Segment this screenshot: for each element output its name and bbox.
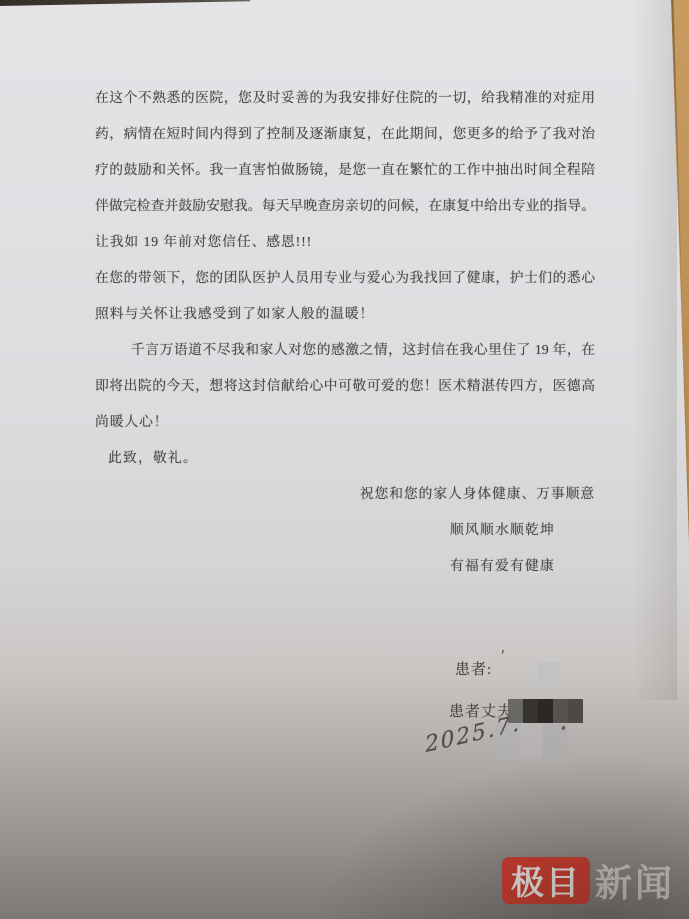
letter-line: 疗的鼓励和关怀。我一直害怕做肠镜，是您一直在繁忙的工作中抽出时间全程陪 [95,152,595,188]
table-edge-top [0,0,250,6]
letter-line: 在这个不熟悉的医院，您及时妥善的为我安排好住院的一切，给我精准的对症用 [95,80,595,116]
letter-line: 伴做完检查并鼓励安慰我。每天早晚查房亲切的问候，在康复中给出专业的指导。 [95,188,595,224]
watermark-red-badge: 极目 [502,857,590,904]
letter-line: 让我如 19 年前对您信任、感恩!!! [95,224,595,260]
letter-line: 即将出院的今天，想将这封信献给心中可敬可爱的您！医术精湛传四方，医德高 [95,368,595,404]
watermark-brand-text: 新闻 [595,853,675,907]
letter-line: 在您的带领下，您的团队医护人员用专业与爱心为我找回了健康，护士们的悉心 [95,260,595,296]
letter-photo: 在这个不熟悉的医院，您及时妥善的为我安排好住院的一切，给我精准的对症用 药，病情… [0,0,689,919]
patient-signature-label: 患者: [455,658,492,679]
letter-line: 药，病情在短时间内得到了控制及逐渐康复，在此期间，您更多的给予了我对治 [95,116,595,152]
letter-line: 千言万语道不尽我和家人对您的感激之情，这封信在我心里住了 19 年，在 [95,332,595,368]
jimu-news-watermark: 极目 新闻 [502,853,675,907]
redacted-patient-name [538,662,560,687]
blessing-line: 祝您和您的家人身体健康、万事顺意 [95,476,595,512]
letter-body: 在这个不熟悉的医院，您及时妥善的为我安排好住院的一切，给我精准的对症用 药，病情… [95,80,595,584]
closing-salute-line: 此致，敬礼。 [95,440,595,476]
paper-curvature-shade [631,0,677,700]
letter-line: 尚暖人心！ [95,404,595,440]
pen-mark: ' [498,648,505,664]
letter-line: 照料与关怀让我感受到了如家人般的温暖！ [95,296,595,332]
blessing-line: 顺风顺水顺乾坤 [95,512,595,548]
blessing-line: 有福有爱有健康 [95,548,595,584]
